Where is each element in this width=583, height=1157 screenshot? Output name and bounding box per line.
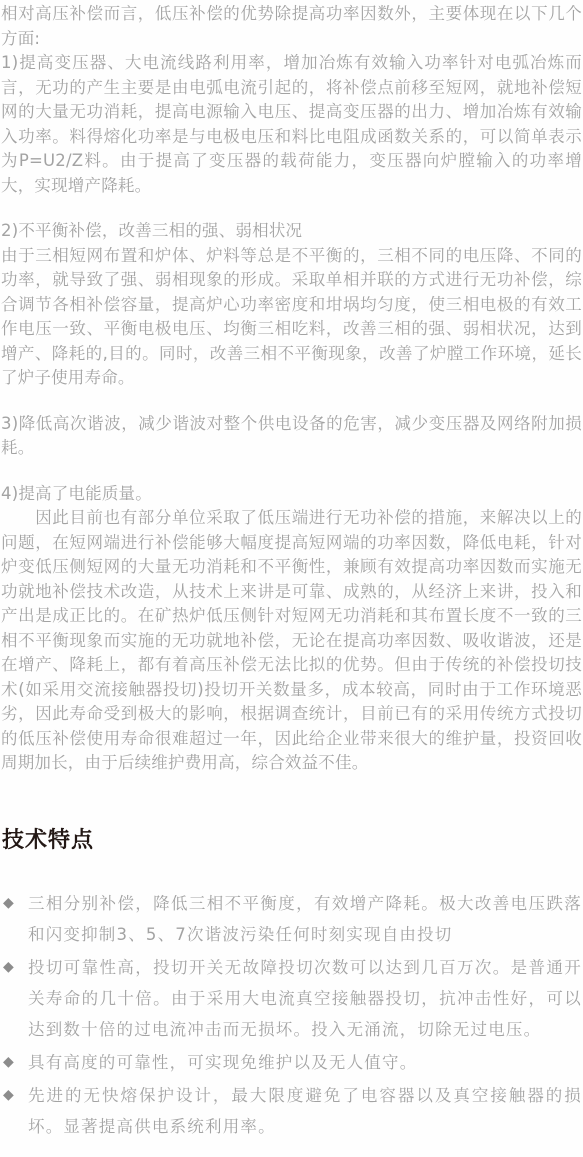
paragraph-point-3: 3)降低高次谐波，减少谐波对整个供电设备的危害，减少变压器及网络附加损耗。 bbox=[1, 412, 582, 461]
feature-item-text: 先进的无快熔保护设计，最大限度避免了电容器以及真空接触器的损坏。显著提高供电系统… bbox=[28, 1086, 582, 1136]
document-page: { "page": { "background_color": "#fefefe… bbox=[0, 0, 583, 1157]
diamond-bullet-icon: ◆ bbox=[3, 1080, 14, 1111]
feature-item-text: 三相分别补偿，降低三相不平衡度，有效增产降耗。极大改善电压跌落和闪变抑制3、5、… bbox=[28, 894, 582, 944]
section-heading-technical-features: 技术特点 bbox=[2, 828, 582, 854]
diamond-bullet-icon: ◆ bbox=[3, 952, 14, 983]
feature-item: ◆ 先进的无快熔保护设计，最大限度避免了电容器以及真空接触器的损坏。显著提高供电… bbox=[1, 1080, 582, 1142]
feature-list: ◆ 三相分别补偿，降低三相不平衡度，有效增产降耗。极大改善电压跌落和闪变抑制3、… bbox=[1, 888, 582, 1142]
feature-item-text: 具有高度的可靠性，可实现免维护以及无人值守。 bbox=[28, 1053, 417, 1072]
diamond-bullet-icon: ◆ bbox=[3, 888, 14, 919]
paragraph-intro: 相对高压补偿而言，低压补偿的优势除提高功率因数外，主要体现在以下几个方面: bbox=[1, 2, 582, 51]
paragraph-point-4: 4)提高了电能质量。 因此目前也有部分单位采取了低压端进行无功补偿的措施，来解决… bbox=[1, 482, 582, 776]
document-content: 相对高压补偿而言，低压补偿的优势除提高功率因数外，主要体现在以下几个方面: 1)… bbox=[0, 0, 583, 1142]
feature-item: ◆ 三相分别补偿，降低三相不平衡度，有效增产降耗。极大改善电压跌落和闪变抑制3、… bbox=[1, 888, 582, 950]
paragraph-point-2: 2)不平衡补偿，改善三相的强、弱相状况 由于三相短网布置和炉体、炉料等总是不平衡… bbox=[1, 219, 582, 391]
paragraph-point-1: 1)提高变压器、大电流线路利用率，增加冶炼有效输入功率针对电弧冶炼而言，无功的产… bbox=[1, 51, 582, 198]
feature-item-text: 投切可靠性高，投切开关无故障投切次数可以达到几百万次。是普通开关寿命的几十倍。由… bbox=[28, 958, 582, 1039]
feature-item: ◆ 投切可靠性高，投切开关无故障投切次数可以达到几百万次。是普通开关寿命的几十倍… bbox=[1, 952, 582, 1045]
diamond-bullet-icon: ◆ bbox=[3, 1047, 14, 1078]
feature-item: ◆ 具有高度的可靠性，可实现免维护以及无人值守。 bbox=[1, 1047, 582, 1078]
article-section: 相对高压补偿而言，低压补偿的优势除提高功率因数外，主要体现在以下几个方面: 1)… bbox=[1, 2, 582, 776]
